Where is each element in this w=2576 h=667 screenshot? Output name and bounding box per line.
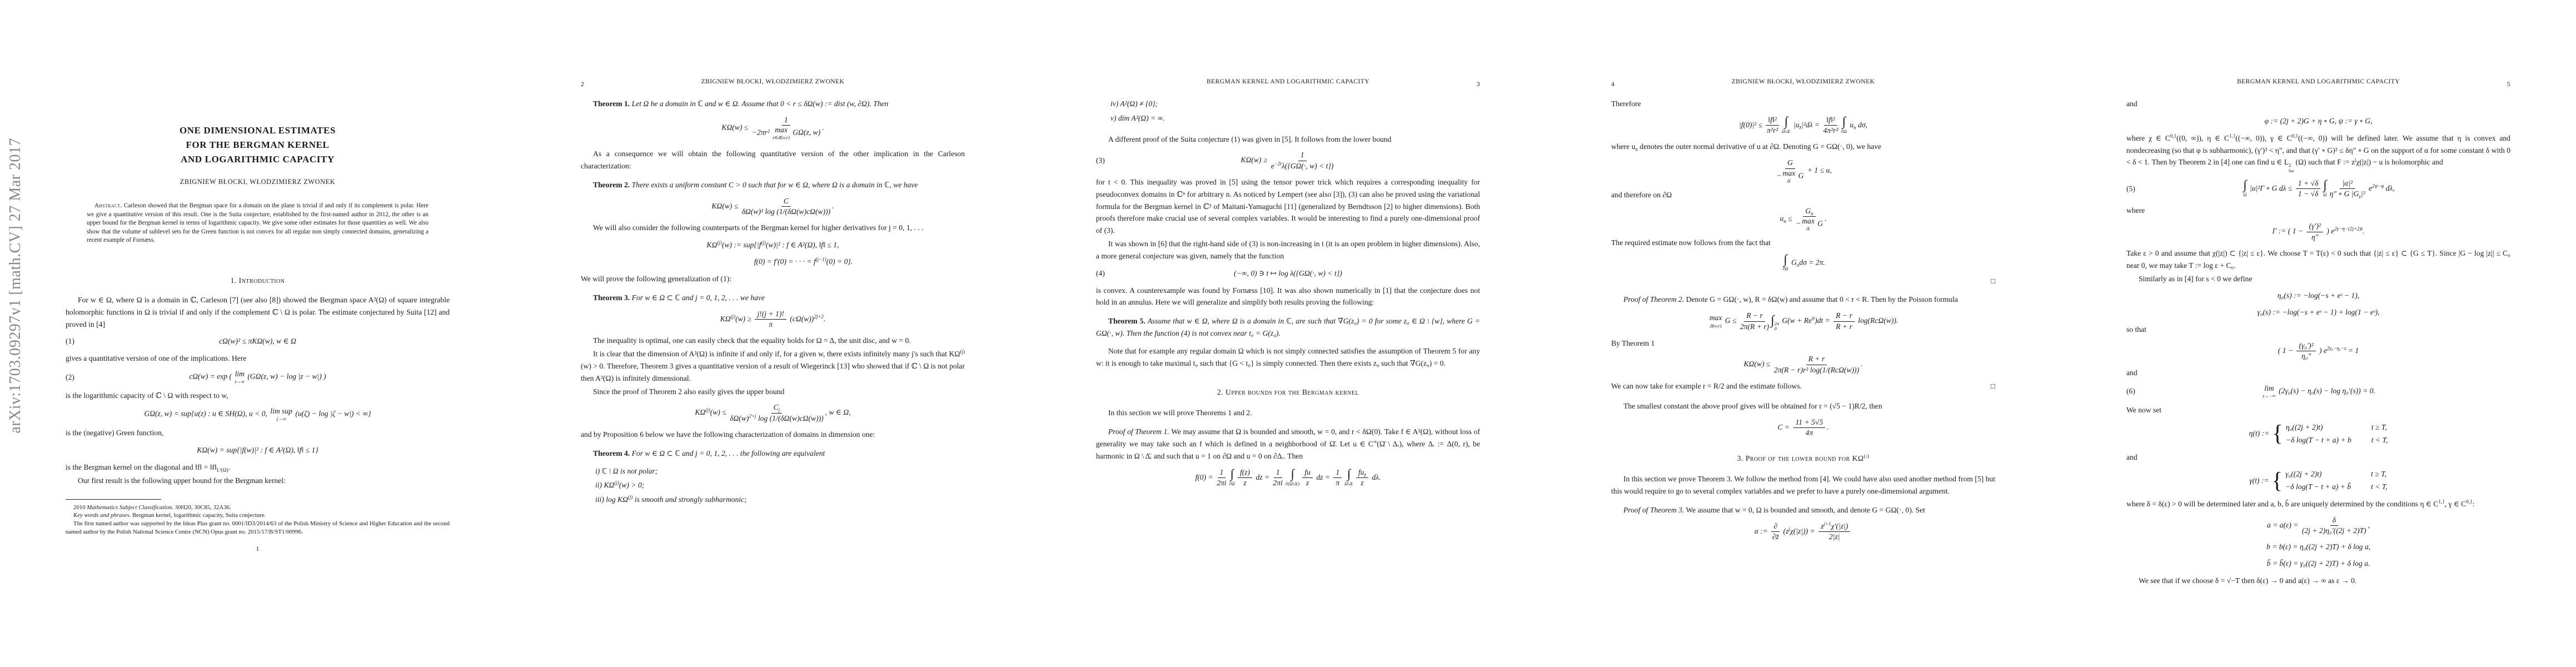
fraction-numerator: ∂ xyxy=(1771,522,1780,532)
fraction-denominator: −maxΔ̄ᵣ G xyxy=(1776,169,1803,183)
fraction-numerator: (γ₀′)² xyxy=(2296,341,2315,351)
equation-body: cΩ(w)² ≤ πKΩ(w), w ∈ Ω xyxy=(219,336,296,347)
case-expression: γ₀((2j + 2)t) xyxy=(2285,469,2351,480)
equation: KΩ(w) ≤ CδΩ(w)² log (1/(δΩ(w)cΩ(w))). xyxy=(581,197,965,217)
header-running-title: BERGMAN KERNEL AND LOGARITHMIC CAPACITY xyxy=(2237,78,2400,85)
equation-body: KΩ(w) ≤ CδΩ(w)² log (1/(δΩ(w)cΩ(w))). xyxy=(711,197,834,217)
equation: KΩ(w) ≤ 1−2πr² maxz∈Δ̄(w,r) GΩ(z, w). xyxy=(581,116,965,141)
case-condition: t < T, xyxy=(2371,481,2388,492)
underscript: maxΔ̄ᵣ xyxy=(1802,217,1815,231)
equation: |f(0)|² ≤ ‖f‖²π²r²∫Ω\Δ̄ᵣ |uz̄|²dλ = ‖f‖²… xyxy=(1611,116,1995,136)
equation-body: Γ := ( 1 − (γ′)²η″ ) e2γ−η−(2j+2)t. xyxy=(2273,222,2365,242)
fraction-denominator: π xyxy=(1336,478,1339,487)
page-5: BERGMAN KERNEL AND LOGARITHMIC CAPACITY5… xyxy=(2061,0,2576,667)
fraction-numerator: f(z) xyxy=(1238,468,1252,478)
cases-equation: γ(t) := {γ₀((2j + 2)t)t ≥ T,−δ log(T − t… xyxy=(2126,469,2510,492)
paragraph: for t < 0. This inequality was proved in… xyxy=(1096,176,1480,237)
case-expression: −δ log(T − t + a) + b xyxy=(2286,435,2351,446)
underscript: ∫Ω xyxy=(2323,180,2326,197)
paper-title: ONE DIMENSIONAL ESTIMATESFOR THE BERGMAN… xyxy=(66,123,450,167)
equation-body: KΩ(j)(w) ≤ CjδΩ(w)2+j log (1/(δΩ(w)cΩ(w)… xyxy=(695,403,850,423)
paragraph: and xyxy=(2126,451,2510,464)
script-stack: 2π0 xyxy=(1774,321,1779,332)
fraction-denominator: π xyxy=(769,320,773,329)
footnote-block: 2010 Mathematics Subject Classification.… xyxy=(66,499,450,536)
equation-body: ( 1 − (γ₀′)²η₀″ ) e2γ₀−η₀−s = 1 xyxy=(2278,341,2359,361)
fraction: R − rR + r xyxy=(1833,311,1855,331)
equation: KΩ(j)(w) ≤ CjδΩ(w)2+j log (1/(δΩ(w)cΩ(w)… xyxy=(581,403,965,423)
fraction: |α|²η″ ∘ G |Gz|² xyxy=(2330,179,2365,199)
fraction-denominator: −2πr² maxz∈Δ̄(w,r) GΩ(z, w) xyxy=(752,126,821,140)
list-item: v) dim A²(Ω) = ∞. xyxy=(1110,112,1480,125)
equation-number: (1) xyxy=(66,336,74,347)
paragraph: We can now take for example r = R/2 and … xyxy=(1611,380,1995,392)
underscript: maxΔ̄ᵣ xyxy=(1783,170,1796,183)
equation: (2)cΩ(w) = exp ( limz→w (GΩ(z, w) − log … xyxy=(66,370,450,384)
fraction-numerator: 1 xyxy=(1298,151,1307,161)
paragraph: and by Proposition 6 below we have the f… xyxy=(581,429,965,441)
section-heading: 3. Proof of the lower bound for KΩ(j) xyxy=(1611,454,1995,463)
underscript: lim supζ→w xyxy=(270,407,292,421)
qed-line: □ xyxy=(1611,277,1995,286)
underscript: ∫∂(Ω\Δ̄ᵣ) xyxy=(1285,469,1299,486)
fraction: Gn−maxΔ̄ᵣ G xyxy=(1796,207,1823,232)
fraction-numerator: (γ′)² xyxy=(2306,222,2323,232)
underscript: ∫∂Ω xyxy=(1782,255,1788,272)
fraction-denominator: δΩ(w)2+j log (1/(δΩ(w)cΩ(w))) xyxy=(730,414,823,423)
equation: (3)KΩ(w) ≥ 1e−2tλ({GΩ(·, w) < t}) xyxy=(1096,151,1480,171)
fraction-numerator: R + r xyxy=(1806,355,1827,365)
equation-body: η(t) := {η₀((2j + 2)t)t ≥ T,−δ log(T − t… xyxy=(2249,422,2388,446)
fraction-denominator: 4π²r² xyxy=(1823,126,1838,135)
equation-body: η₀(s) := −log(−s + eˢ − 1), xyxy=(2278,290,2359,301)
case-condition: t ≥ T, xyxy=(2371,422,2388,433)
section-heading: 2. Upper bounds for the Bergman kernel xyxy=(1096,388,1480,397)
paragraph: As a consequence we will obtain the foll… xyxy=(581,148,965,172)
fraction-numerator: 1 xyxy=(1274,468,1282,478)
theorem: Theorem 3. For w ∈ Ω ⊂ ℂ and j = 0, 1, 2… xyxy=(581,292,965,304)
fraction-denominator: 1 − √δ xyxy=(2298,189,2319,198)
paragraph: It is clear that the dimension of A²(Ω) … xyxy=(581,348,965,384)
footnote: Key words and phrases. Bergman kernel, l… xyxy=(66,511,450,520)
page-content: 2ZBIGNIEW BŁOCKI, WŁODZIMIERZ ZWONEKTheo… xyxy=(581,0,965,506)
equation: φ := (2j + 2)G + η ∘ G, ψ := γ ∘ G, xyxy=(2126,116,2510,127)
fraction: zj+1χ′(|z|)2|z| xyxy=(1818,522,1850,542)
paragraph: It was shown in [6] that the right-hand … xyxy=(1096,238,1480,262)
case-expression: η₀((2j + 2)t) xyxy=(2286,422,2351,433)
equation-body: f(0) = 12πi∫∂Ωf(z)z dz = 12πi∫∂(Ω\Δ̄ᵣ)fu… xyxy=(1195,468,1381,488)
fraction: ∂∂z̄ xyxy=(1771,522,1780,542)
equation: γ₀(s) := −log(−s + eˢ − 1) + log(1 − eˢ)… xyxy=(2126,307,2510,318)
fraction-numerator: 1 + √δ xyxy=(2296,179,2321,189)
fraction: ‖f‖²4π²r² xyxy=(1823,116,1838,136)
theorem: Theorem 4. For w ∈ Ω ⊂ ℂ and j = 0, 1, 2… xyxy=(581,447,965,460)
paragraph: Note that for example any regular domain… xyxy=(1096,345,1480,370)
paragraph: and xyxy=(2126,98,2510,110)
list-item: iv) A²(Ω) ≠ {0}; xyxy=(1110,98,1480,110)
paragraph: where xyxy=(2126,205,2510,217)
fraction-denominator: R + r xyxy=(1836,322,1852,331)
section-heading: 1. Introduction xyxy=(66,276,450,285)
equation: KΩ(w) ≤ R + r2π(R − r)r² log(1/(RcΩ(w)))… xyxy=(1611,355,1995,375)
equation-body: ∫∂Ω Gndσ = 2π. xyxy=(1781,255,1825,272)
page-3: BERGMAN KERNEL AND LOGARITHMIC CAPACITY3… xyxy=(1030,0,1546,667)
paragraph: The inequality is optimal, one can easil… xyxy=(581,335,965,347)
fraction: ‖f‖²π²r² xyxy=(1766,116,1779,136)
fraction: R − r2π(R + r) xyxy=(1740,311,1769,331)
running-header: BERGMAN KERNEL AND LOGARITHMIC CAPACITY5 xyxy=(2126,0,2510,88)
fraction: CjδΩ(w)2+j log (1/(δΩ(w)cΩ(w))) xyxy=(730,403,823,423)
underscript: ∫Ω\Δ̄ᵣ xyxy=(1782,117,1791,134)
equation: ( 1 − (γ₀′)²η₀″ ) e2γ₀−η₀−s = 1 xyxy=(2126,341,2510,361)
equation: ∫∂Ω Gndσ = 2π. xyxy=(1611,255,1995,272)
footnote-rule xyxy=(66,499,161,500)
equation-body: KΩ(j)(w) := sup{|f(j)(w)|² : f ∈ A²(Ω), … xyxy=(707,240,839,251)
header-running-title: BERGMAN KERNEL AND LOGARITHMIC CAPACITY xyxy=(1207,78,1369,85)
paragraph: We see that if we choose δ = √−T then δ(… xyxy=(2126,575,2510,587)
abstract: Abstract. Carleson showed that the Bergm… xyxy=(87,202,428,245)
page-content: BERGMAN KERNEL AND LOGARITHMIC CAPACITY3… xyxy=(1096,0,1480,487)
running-header: BERGMAN KERNEL AND LOGARITHMIC CAPACITY3 xyxy=(1096,0,1480,88)
equation-body: KΩ(w) ≥ 1e−2tλ({GΩ(·, w) < t}) xyxy=(1241,151,1336,171)
paragraph: is the (negative) Green function, xyxy=(66,427,450,439)
equation-number: (5) xyxy=(2126,183,2135,195)
footnote: The first named author was supported by … xyxy=(66,520,450,536)
fraction: 1 + √δ1 − √δ xyxy=(2296,179,2321,199)
paragraph: We will also consider the following coun… xyxy=(581,222,965,234)
fraction: (γ′)²η″ xyxy=(2306,222,2323,242)
paragraph: The smallest constant the above proof gi… xyxy=(1611,400,1995,412)
list-item: ii) KΩ(j)(w) > 0; xyxy=(595,479,965,491)
fraction-denominator: 4π xyxy=(1806,428,1813,437)
fraction-denominator: z xyxy=(1361,478,1363,487)
fraction-numerator: fu xyxy=(1302,468,1313,478)
integral-sign: ∫ xyxy=(2323,178,2326,192)
integral-sign: ∫ xyxy=(1291,467,1294,481)
equation-body: a = a(ε) = δ(2j + 2)η₀′((2j + 2)T), xyxy=(2267,516,2370,536)
paragraph: and xyxy=(2126,367,2510,379)
fraction-denominator: δΩ(w)² log (1/(δΩ(w)cΩ(w))) xyxy=(742,207,830,216)
equation: b = b(ε) = η₀((2j + 2)T) + δ log a, xyxy=(2126,541,2510,552)
proof: Proof of Theorem 3. We assume that w = 0… xyxy=(1611,504,1995,516)
paragraph: We now set xyxy=(2126,404,2510,416)
paragraph: In this section we will prove Theorems 1… xyxy=(1096,407,1480,419)
theorem-label: Theorem 4. xyxy=(593,449,630,457)
fraction: (γ₀′)²η₀″ xyxy=(2296,341,2315,361)
fraction-numerator: C xyxy=(781,197,791,207)
fraction-numerator: ‖f‖² xyxy=(1766,116,1779,126)
proof: Proof of Theorem 2. Denote G = GΩ(·, w),… xyxy=(1611,293,1995,306)
fraction: 1π xyxy=(1333,468,1342,488)
fraction-numerator: Gn xyxy=(1803,207,1815,217)
fraction-denominator: π²r² xyxy=(1767,126,1778,135)
underscript: ∫Ω xyxy=(2243,180,2246,197)
fraction: f(z)z xyxy=(1238,468,1252,488)
paragraph: Our first result is the following upper … xyxy=(66,475,450,487)
fraction-numerator: Cj xyxy=(771,403,783,413)
equation: KΩ(j)(w) := sup{|f(j)(w)|² : f ∈ A²(Ω), … xyxy=(581,240,965,251)
theorem: Theorem 2. There exists a uniform consta… xyxy=(581,179,965,191)
paragraph: Take ε > 0 and assume that χ(|z|) ⊂ {|z|… xyxy=(2126,247,2510,272)
fraction-denominator: 2π(R − r)r² log(1/(RcΩ(w))) xyxy=(1774,365,1859,375)
equation: KΩ(w) = sup{|f(w)|² : f ∈ A²(Ω), ‖f‖ ≤ 1… xyxy=(66,445,450,456)
document-canvas: ONE DIMENSIONAL ESTIMATESFOR THE BERGMAN… xyxy=(0,0,2576,667)
fraction: fuz xyxy=(1302,468,1313,488)
proof-label: Proof of Theorem 3. xyxy=(1623,506,1684,514)
theorem-label: Theorem 5. xyxy=(1108,317,1145,325)
paragraph: where χ ∈ C0,1((0, ∞)), η ∈ C1,1((−∞, 0)… xyxy=(2126,132,2510,173)
fraction-numerator: 11 + 5√5 xyxy=(1793,418,1826,428)
equation-body: GΩ(z, w) = sup{u(z) : u ∈ SH(Ω), u < 0, … xyxy=(144,407,371,421)
underscript: maxΔ̄(w,r) xyxy=(1710,314,1722,328)
arxiv-watermark-text: arXiv:1703.09297v1 [math.CV] 27 Mar 2017 xyxy=(7,138,24,434)
abstract-lead: Abstract. xyxy=(94,202,122,209)
fraction-numerator: R − r xyxy=(1833,311,1855,321)
fraction: 12πi xyxy=(1273,468,1283,488)
underscript: ∫∂Ω xyxy=(1229,469,1235,486)
equation: GΩ(z, w) = sup{u(z) : u ∈ SH(Ω), u < 0, … xyxy=(66,407,450,421)
fraction-numerator: 1 xyxy=(1218,468,1226,478)
fraction-denominator: z xyxy=(1243,478,1246,487)
fraction-denominator: η″ ∘ G |Gz|² xyxy=(2330,189,2365,198)
equation-body: ∫Ω |u|²Γ ∘ G dλ ≤ 1 + √δ1 − √δ∫Ω|α|²η″ ∘… xyxy=(2242,179,2394,199)
equation: η₀(s) := −log(−s + eˢ − 1), xyxy=(2126,290,2510,301)
page-content: 4ZBIGNIEW BŁOCKI, WŁODZIMIERZ ZWONEKTher… xyxy=(1611,0,1995,541)
equation: f(0) = 12πi∫∂Ωf(z)z dz = 12πi∫∂(Ω\Δ̄ᵣ)fu… xyxy=(1096,468,1480,488)
proof-label: Proof of Theorem 2. xyxy=(1623,295,1684,303)
paragraph: where δ = δ(ε) > 0 will be determined la… xyxy=(2126,498,2510,510)
paragraph: is the Bergman kernel on the diagonal an… xyxy=(66,461,450,474)
paragraph: is the logarithmic capacity of ℂ \ Ω wit… xyxy=(66,390,450,402)
equation: a = a(ε) = δ(2j + 2)η₀′((2j + 2)T), xyxy=(2126,516,2510,536)
equation: (6)lims→−∞ (2γ₀(s) − η₀(s) − log η₀′(s))… xyxy=(2126,385,2510,399)
case-expression: −δ log(T − t + a) + b̃ xyxy=(2285,481,2351,492)
integral-sign: ∫ xyxy=(1783,252,1787,267)
fraction-denominator: (2j + 2)η₀′((2j + 2)T) xyxy=(2302,526,2366,535)
page-1: ONE DIMENSIONAL ESTIMATESFOR THE BERGMAN… xyxy=(0,0,515,667)
paragraph: is convex. A counterexample was found by… xyxy=(1096,285,1480,309)
equation: un ≤ Gn−maxΔ̄ᵣ G. xyxy=(1611,207,1995,232)
integral-sign: ∫ xyxy=(1347,467,1351,481)
equation: (4)(−∞, 0) ∋ t ↦ log λ({GΩ(·, w) < t}) xyxy=(1096,268,1480,279)
case-condition: t ≥ T, xyxy=(2371,469,2388,480)
underscript: limz→w xyxy=(235,370,244,384)
equation: KΩ(j)(w) ≥ j!(j + 1)!π (cΩ(w))2j+2. xyxy=(581,310,965,330)
fraction-denominator: 2π(R + r) xyxy=(1740,322,1769,331)
paragraph: A different proof of the Suita conjectur… xyxy=(1096,133,1480,146)
fraction: CδΩ(w)² log (1/(δΩ(w)cΩ(w))) xyxy=(742,197,830,217)
fraction-numerator: fuz̄ xyxy=(1356,468,1368,478)
fraction-numerator: δ xyxy=(2330,516,2338,526)
theorem: Theorem 1. Let Ω be a domain in ℂ and w … xyxy=(581,98,965,110)
fraction: 12πi xyxy=(1217,468,1226,488)
list-item: i) ℂ \ Ω is not polar; xyxy=(595,465,965,477)
cases-equation: η(t) := {η₀((2j + 2)t)t ≥ T,−δ log(T − t… xyxy=(2126,422,2510,446)
equation-body: cΩ(w) = exp ( limz→w (GΩ(z, w) − log |z … xyxy=(189,370,326,384)
page-content: ONE DIMENSIONAL ESTIMATESFOR THE BERGMAN… xyxy=(66,123,450,553)
theorem-label: Theorem 2. xyxy=(593,181,630,189)
equation-number: (4) xyxy=(1096,268,1105,279)
script-stack: 2loc xyxy=(2289,163,2294,173)
paragraph: Similarly as in [4] for s < 0 we define xyxy=(2126,273,2510,285)
fraction-denominator: η″ xyxy=(2311,232,2318,242)
fraction: j!(j + 1)!π xyxy=(755,310,786,330)
fraction-numerator: zj+1χ′(|z|) xyxy=(1818,522,1850,532)
list-item: iii) log KΩ(j) is smooth and strongly su… xyxy=(595,494,965,506)
fraction: fuz̄z xyxy=(1356,468,1368,488)
equation-number: (2) xyxy=(66,372,74,383)
paragraph: Therefore xyxy=(1611,98,1995,110)
equation: maxΔ̄(w,r) G ≤ R − r2π(R + r)∫2π0 G(w + … xyxy=(1611,311,1995,331)
fraction: G−maxΔ̄ᵣ G xyxy=(1776,158,1803,183)
equation-body: KΩ(w) ≤ R + r2π(R − r)r² log(1/(RcΩ(w)))… xyxy=(1743,355,1862,375)
brace-glyph: { xyxy=(2272,472,2283,490)
page-number: 1 xyxy=(66,545,450,553)
equation-number: (6) xyxy=(2126,386,2135,397)
fraction-numerator: R − r xyxy=(1744,311,1765,321)
paragraph: Since the proof of Theorem 2 also easily… xyxy=(581,386,965,398)
running-header: 4ZBIGNIEW BŁOCKI, WŁODZIMIERZ ZWONEK xyxy=(1611,0,1995,88)
fraction-denominator: 2πi xyxy=(1273,478,1283,487)
underscript: lims→−∞ xyxy=(2263,385,2276,399)
paper-title-line: FOR THE BERGMAN KERNEL xyxy=(66,138,450,152)
fraction: 11 + 5√54π xyxy=(1793,418,1826,438)
paper-title-line: AND LOGARITHMIC CAPACITY xyxy=(66,152,450,167)
equation-body: α := ∂∂z̄ (zjχ(|z|)) = zj+1χ′(|z|)2|z| xyxy=(1755,522,1852,542)
paragraph: and therefore on ∂Ω xyxy=(1611,189,1995,201)
equation: b̃ = b̃(ε) = γ₀((2j + 2)T) + δ log a. xyxy=(2126,558,2510,569)
theorem-label: Theorem 3. xyxy=(593,293,630,302)
qed-symbol: □ xyxy=(1991,380,1995,392)
equation-body: maxΔ̄(w,r) G ≤ R − r2π(R + r)∫2π0 G(w + … xyxy=(1708,311,1899,331)
footnote: 2010 Mathematics Subject Classification.… xyxy=(66,504,450,512)
header-page-number: 5 xyxy=(2507,81,2510,88)
running-header: 2ZBIGNIEW BŁOCKI, WŁODZIMIERZ ZWONEK xyxy=(581,0,965,88)
equation: (5)∫Ω |u|²Γ ∘ G dλ ≤ 1 + √δ1 − √δ∫Ω|α|²η… xyxy=(2126,179,2510,199)
equation-body: un ≤ Gn−maxΔ̄ᵣ G. xyxy=(1780,207,1826,232)
pages: ONE DIMENSIONAL ESTIMATESFOR THE BERGMAN… xyxy=(0,0,2576,667)
equation-body: lims→−∞ (2γ₀(s) − η₀(s) − log η₀′(s)) = … xyxy=(2261,385,2375,399)
equation: α := ∂∂z̄ (zjχ(|z|)) = zj+1χ′(|z|)2|z| xyxy=(1611,522,1995,542)
fraction-numerator: 1 xyxy=(1333,468,1342,478)
paragraph: In this section we prove Theorem 3. We f… xyxy=(1611,473,1995,497)
paragraph: so that xyxy=(2126,323,2510,336)
equation-body: b̃ = b̃(ε) = γ₀((2j + 2)T) + δ log a. xyxy=(2267,558,2370,569)
equation: Γ := ( 1 − (γ′)²η″ ) e2γ−η−(2j+2)t. xyxy=(2126,222,2510,242)
equation: f(0) = f′(0) = · · · = f(j−1)(0) = 0}. xyxy=(581,256,965,267)
fraction: δ(2j + 2)η₀′((2j + 2)T) xyxy=(2302,516,2366,536)
paragraph: By Theorem 1 xyxy=(1611,337,1995,350)
arxiv-watermark: arXiv:1703.09297v1 [math.CV] 27 Mar 2017 xyxy=(7,138,24,434)
fraction-denominator: η₀″ xyxy=(2301,351,2311,361)
equation-body: KΩ(w) = sup{|f(w)|² : f ∈ A²(Ω), ‖f‖ ≤ 1… xyxy=(197,445,318,456)
integral-sign: ∫ xyxy=(1842,115,1846,129)
equation-body: γ₀(s) := −log(−s + eˢ − 1) + log(1 − eˢ)… xyxy=(2257,307,2379,318)
paragraph: gives a quantitative version of one of t… xyxy=(66,352,450,365)
header-page-number: 2 xyxy=(581,81,584,88)
proof-label: Proof of Theorem 1. xyxy=(1108,427,1169,436)
equation: G−maxΔ̄ᵣ G + 1 ≤ u, xyxy=(1611,158,1995,183)
fraction: R + r2π(R − r)r² log(1/(RcΩ(w))) xyxy=(1774,355,1859,375)
fraction-denominator: −maxΔ̄ᵣ G xyxy=(1796,217,1823,231)
page-4: 4ZBIGNIEW BŁOCKI, WŁODZIMIERZ ZWONEKTher… xyxy=(1546,0,2061,667)
fraction-denominator: z xyxy=(1306,478,1309,487)
case-condition: t < T, xyxy=(2371,435,2388,446)
underscript: ∫Ω\Δ̄ᵣ xyxy=(1344,469,1353,486)
paragraph: For w ∈ Ω, where Ω is a domain in ℂ, Car… xyxy=(66,294,450,330)
fraction-denominator: e−2tλ({GΩ(·, w) < t}) xyxy=(1271,161,1334,171)
theorem: Theorem 5. Assume that w ∈ Ω, where Ω is… xyxy=(1096,315,1480,340)
qed-symbol: □ xyxy=(1991,277,1995,285)
fraction-numerator: |α|² xyxy=(2340,179,2355,189)
fraction: 1e−2tλ({GΩ(·, w) < t}) xyxy=(1271,151,1334,171)
page-2: 2ZBIGNIEW BŁOCKI, WŁODZIMIERZ ZWONEKTheo… xyxy=(515,0,1030,667)
equation-body: KΩ(j)(w) ≥ j!(j + 1)!π (cΩ(w))2j+2. xyxy=(720,310,826,330)
fraction-denominator: 2|z| xyxy=(1829,532,1840,541)
fraction-numerator: ‖f‖² xyxy=(1824,116,1837,126)
brace-glyph: { xyxy=(2272,425,2283,443)
integral-sign: ∫ xyxy=(2243,178,2246,192)
integral-sign: ∫ xyxy=(1785,115,1788,129)
theorem-label: Theorem 1. xyxy=(593,99,630,108)
equation-body: f(0) = f′(0) = · · · = f(j−1)(0) = 0}. xyxy=(754,256,853,267)
equation-body: KΩ(w) ≤ 1−2πr² maxz∈Δ̄(w,r) GΩ(z, w). xyxy=(721,116,824,141)
fraction-denominator: ∂z̄ xyxy=(1772,532,1779,541)
fraction-numerator: j!(j + 1)! xyxy=(755,310,786,320)
paragraph: where un denotes the outer normal deriva… xyxy=(1611,141,1995,153)
equation: C = 11 + 5√54π. xyxy=(1611,418,1995,438)
header-page-number: 4 xyxy=(1611,81,1615,88)
equation-body: γ(t) := {γ₀((2j + 2)t)t ≥ T,−δ log(T − t… xyxy=(2249,469,2388,492)
equation-body: φ := (2j + 2)G + η ∘ G, ψ := γ ∘ G, xyxy=(2265,116,2373,127)
equation-body: C = 11 + 5√54π. xyxy=(1777,418,1828,438)
fraction-numerator: G xyxy=(1785,158,1795,168)
integral-sign: ∫ xyxy=(1230,467,1234,481)
equation-number: (3) xyxy=(1096,155,1105,166)
page-content: BERGMAN KERNEL AND LOGARITHMIC CAPACITY5… xyxy=(2126,0,2510,587)
paper-title-line: ONE DIMENSIONAL ESTIMATES xyxy=(66,123,450,138)
header-running-title: ZBIGNIEW BŁOCKI, WŁODZIMIERZ ZWONEK xyxy=(1732,78,1875,85)
equation-body: (−∞, 0) ∋ t ↦ log λ({GΩ(·, w) < t}) xyxy=(1234,268,1342,279)
header-running-title: ZBIGNIEW BŁOCKI, WŁODZIMIERZ ZWONEK xyxy=(701,78,845,85)
proof: Proof of Theorem 1. We may assume that Ω… xyxy=(1096,426,1480,462)
paragraph: The required estimate now follows from t… xyxy=(1611,237,1995,249)
equation-body: G−maxΔ̄ᵣ G + 1 ≤ u, xyxy=(1775,158,1831,183)
fraction-denominator: 2πi xyxy=(1217,478,1226,487)
fraction: 1−2πr² maxz∈Δ̄(w,r) GΩ(z, w) xyxy=(752,116,821,141)
equation-body: b = b(ε) = η₀((2j + 2)T) + δ log a, xyxy=(2266,541,2370,552)
paragraph: We will prove the following generalizati… xyxy=(581,273,965,285)
fraction-numerator: 1 xyxy=(782,116,790,126)
header-page-number: 3 xyxy=(1477,81,1480,88)
underscript: ∫∂Ω xyxy=(1841,117,1847,134)
authors: ZBIGNIEW BŁOCKI, WŁODZIMIERZ ZWONEK xyxy=(66,178,450,186)
equation-body: |f(0)|² ≤ ‖f‖²π²r²∫Ω\Δ̄ᵣ |uz̄|²dλ = ‖f‖²… xyxy=(1739,116,1867,136)
equation: (1)cΩ(w)² ≤ πKΩ(w), w ∈ Ω xyxy=(66,336,450,347)
underscript: maxz∈Δ̄(w,r) xyxy=(773,126,790,140)
